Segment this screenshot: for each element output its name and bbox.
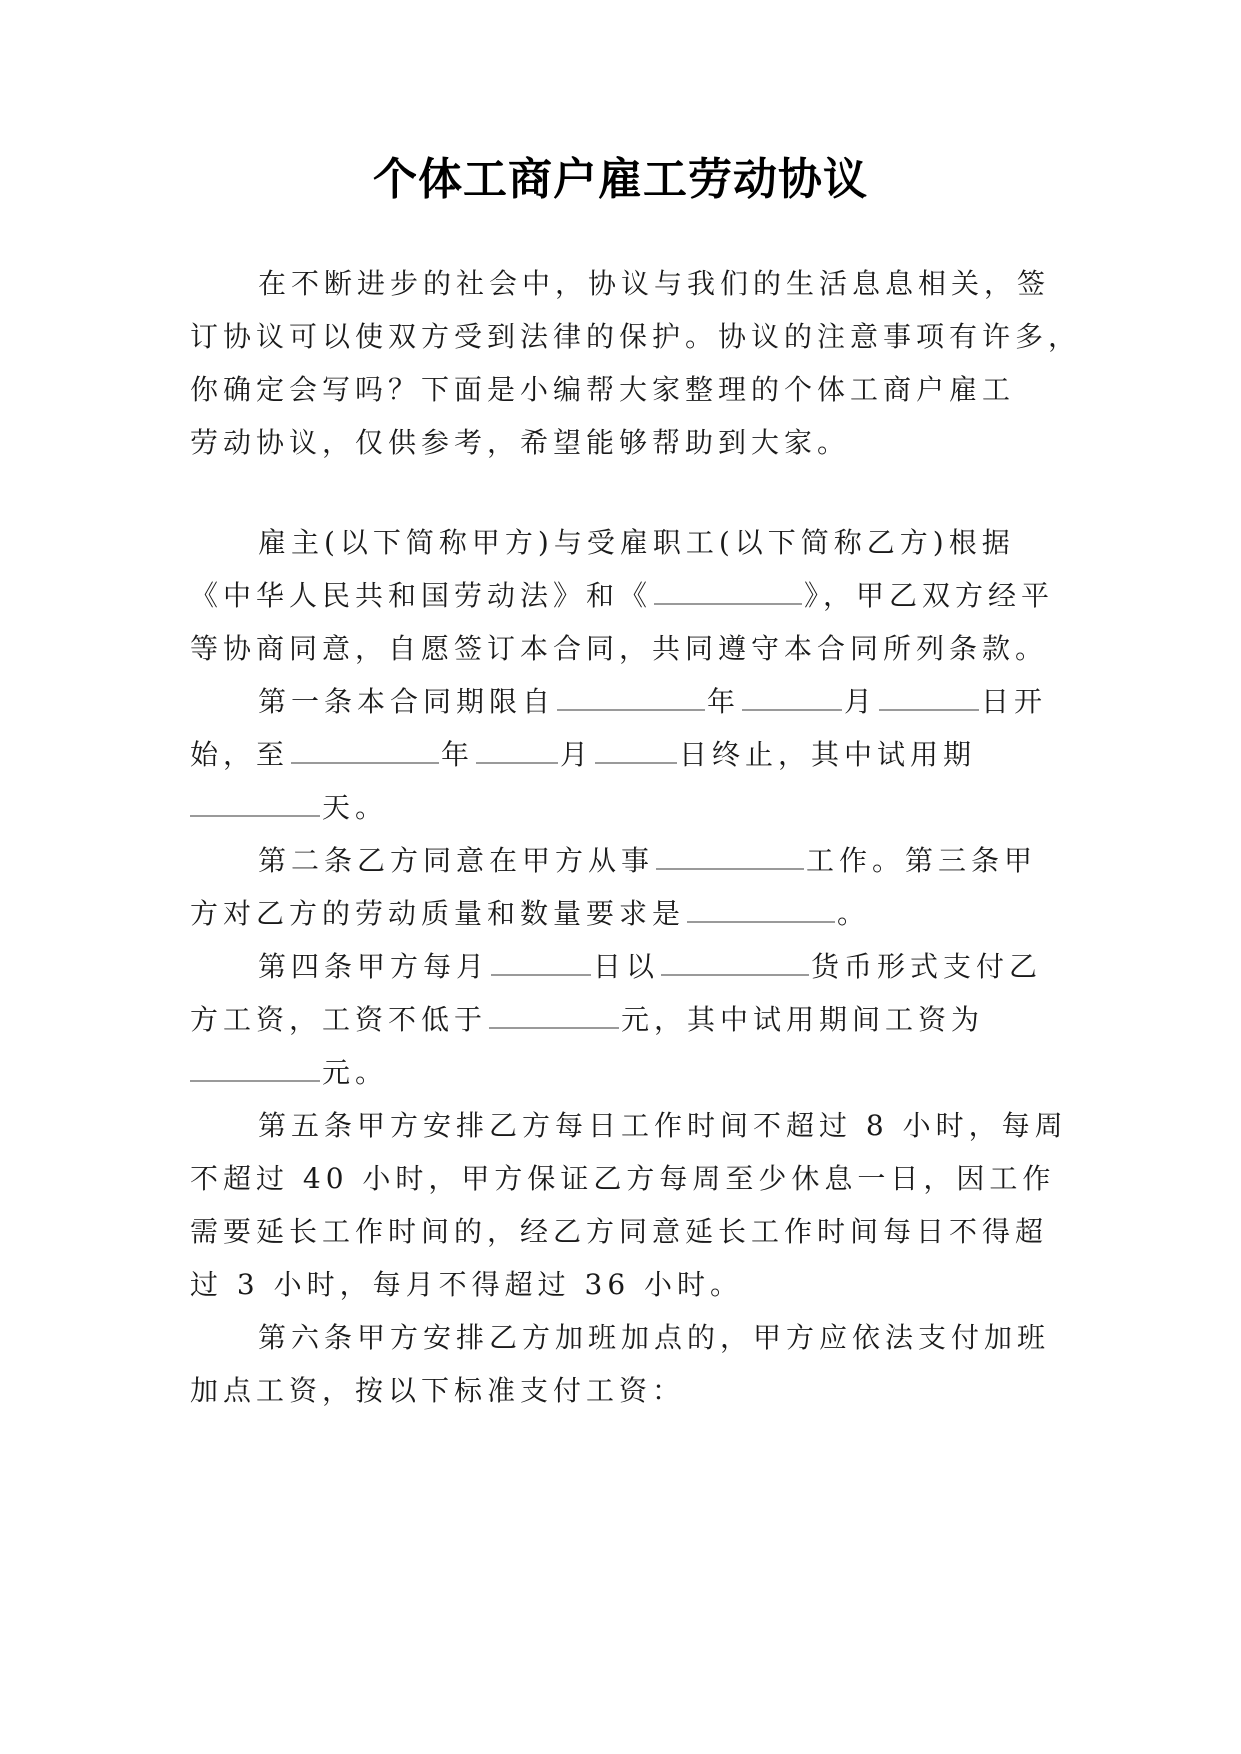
preamble-text-b: 》，甲乙双方经平 [804, 579, 1054, 612]
article5-line-4: 过 3 小时，每月不得超过 36 小时。 [190, 1265, 1070, 1305]
article4-text: 日以 [593, 950, 659, 983]
document-title: 个体工商户雇工劳动协议 [0, 150, 1241, 210]
article5-line-3: 需要延长工作时间的，经乙方同意延长工作时间每日不得超 [190, 1212, 1070, 1252]
month-label: 月 [844, 685, 877, 718]
month-label: 月 [560, 738, 593, 771]
article1-line-3: 天。 [190, 788, 1070, 828]
article4-text: 元，其中试用期间工资为 [621, 1003, 984, 1036]
intro-line-2: 订协议可以使双方受到法律的保护。协议的注意事项有许多， [190, 317, 1070, 357]
start-year-blank[interactable] [557, 683, 705, 711]
year-label: 年 [441, 738, 474, 771]
article2-text: 第二条乙方同意在甲方从事 [258, 844, 654, 877]
start-month-blank[interactable] [742, 683, 842, 711]
article5-line-2: 不超过 40 小时，甲方保证乙方每周至少休息一日，因工作 [190, 1159, 1070, 1199]
article6-line-1: 第六条甲方安排乙方加班加点的，甲方应依法支付加班 [258, 1318, 1070, 1358]
article4-text: 货币形式支付乙 [811, 950, 1042, 983]
article4-text: 方工资，工资不低于 [190, 1003, 487, 1036]
yuan-label: 元。 [322, 1056, 388, 1089]
article2-line-1: 第二条乙方同意在甲方从事工作。第三条甲 [258, 841, 1070, 881]
article4-line-2: 方工资，工资不低于元，其中试用期间工资为 [190, 1000, 1070, 1040]
article1-text: 第一条本合同期限自 [258, 685, 555, 718]
article2-text: 工作。第三条甲 [806, 844, 1037, 877]
preamble-line-3: 等协商同意，自愿签订本合同，共同遵守本合同所列条款。 [190, 629, 1070, 669]
law-name-blank[interactable] [654, 577, 802, 605]
article4-line-1: 第四条甲方每月日以货币形式支付乙 [258, 947, 1070, 987]
article4-text: 第四条甲方每月 [258, 950, 489, 983]
article4-line-3: 元。 [190, 1053, 1070, 1093]
period: 。 [837, 897, 870, 930]
end-year-blank[interactable] [291, 736, 439, 764]
quality-requirement-blank[interactable] [687, 895, 835, 923]
day-label: 日开 [981, 685, 1047, 718]
preamble-text-a: 《中华人民共和国劳动法》和《 [190, 579, 652, 612]
preamble-line-1: 雇主(以下简称甲方)与受雇职工(以下简称乙方)根据 [258, 523, 1070, 563]
article3-text: 方对乙方的劳动质量和数量要求是 [190, 897, 685, 930]
article5-line-1: 第五条甲方安排乙方每日工作时间不超过 8 小时，每周 [258, 1106, 1070, 1146]
intro-line-1: 在不断进步的社会中，协议与我们的生活息息相关，签 [258, 264, 1070, 304]
document-page: 个体工商户雇工劳动协议 在不断进步的社会中，协议与我们的生活息息相关，签 订协议… [0, 0, 1241, 1754]
intro-line-4: 劳动协议，仅供参考，希望能够帮助到大家。 [190, 423, 1070, 463]
article6-line-2: 加点工资，按以下标准支付工资： [190, 1371, 1070, 1411]
start-day-blank[interactable] [879, 683, 979, 711]
job-blank[interactable] [656, 842, 804, 870]
article3-line-1: 方对乙方的劳动质量和数量要求是。 [190, 894, 1070, 934]
intro-line-3: 你确定会写吗？下面是小编帮大家整理的个体工商户雇工 [190, 370, 1070, 410]
currency-blank[interactable] [661, 948, 809, 976]
article1-line-1: 第一条本合同期限自年月日开 [258, 682, 1070, 722]
article1-line-2: 始，至年月日终止，其中试用期 [190, 735, 1070, 775]
article1-text: 日终止，其中试用期 [679, 738, 976, 771]
end-month-blank[interactable] [476, 736, 558, 764]
days-label: 天。 [322, 791, 388, 824]
pay-day-blank[interactable] [491, 948, 591, 976]
probation-days-blank[interactable] [190, 789, 320, 817]
year-label: 年 [707, 685, 740, 718]
preamble-line-2: 《中华人民共和国劳动法》和《》，甲乙双方经平 [190, 576, 1070, 616]
end-day-blank[interactable] [595, 736, 677, 764]
min-wage-blank[interactable] [489, 1001, 619, 1029]
probation-wage-blank[interactable] [190, 1054, 320, 1082]
article1-text: 始，至 [190, 738, 289, 771]
